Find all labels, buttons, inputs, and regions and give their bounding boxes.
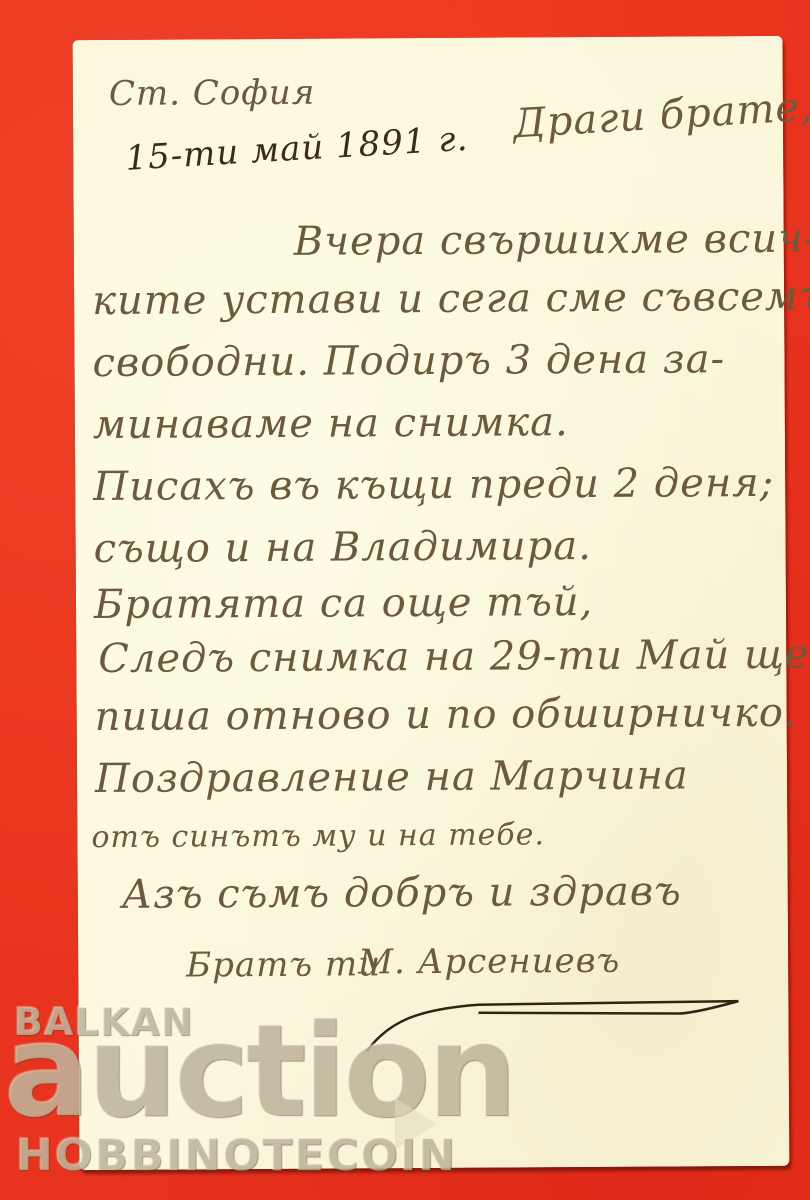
body-line-6: също и на Владимира.: [94, 523, 592, 572]
handwritten-postcard: Ст. София 15-ти май 1891 г. Драги брате,…: [73, 36, 790, 1170]
body-line-4: минаваме на снимка.: [93, 399, 569, 448]
body-line-11: отъ синътъ му и на тебе.: [91, 817, 545, 855]
place-text: Ст. София: [109, 73, 316, 114]
body-line-7: Братята са още тъй,: [94, 579, 594, 628]
closing-text: Братъ ти: [186, 944, 381, 985]
signature-text: М. Арсениевъ: [358, 941, 620, 983]
body-line-3: свободни. Подиръ 3 дена за-: [92, 336, 725, 386]
body-line-2: ките устави и сега сме съвсемъ: [92, 274, 810, 324]
body-line-12: Азъ съмъ добръ и здравъ: [122, 868, 682, 917]
watermark-play-arrow-icon: [395, 1098, 437, 1150]
body-line-9: пиша отново и по обширничко.: [95, 690, 798, 740]
body-line-10: Поздравление на Марчина: [95, 752, 689, 802]
body-line-8: Следъ снимка на 29-ти Май ще: [98, 632, 810, 682]
body-line-5: Писахъ въ къщи преди 2 деня;: [93, 460, 774, 510]
date-text: 15-ти май 1891 г.: [124, 119, 469, 179]
salutation-text: Драги брате,: [512, 84, 810, 148]
body-line-1: Вчера свършихме всич-: [294, 216, 810, 265]
signature-flourish: [358, 979, 748, 1061]
